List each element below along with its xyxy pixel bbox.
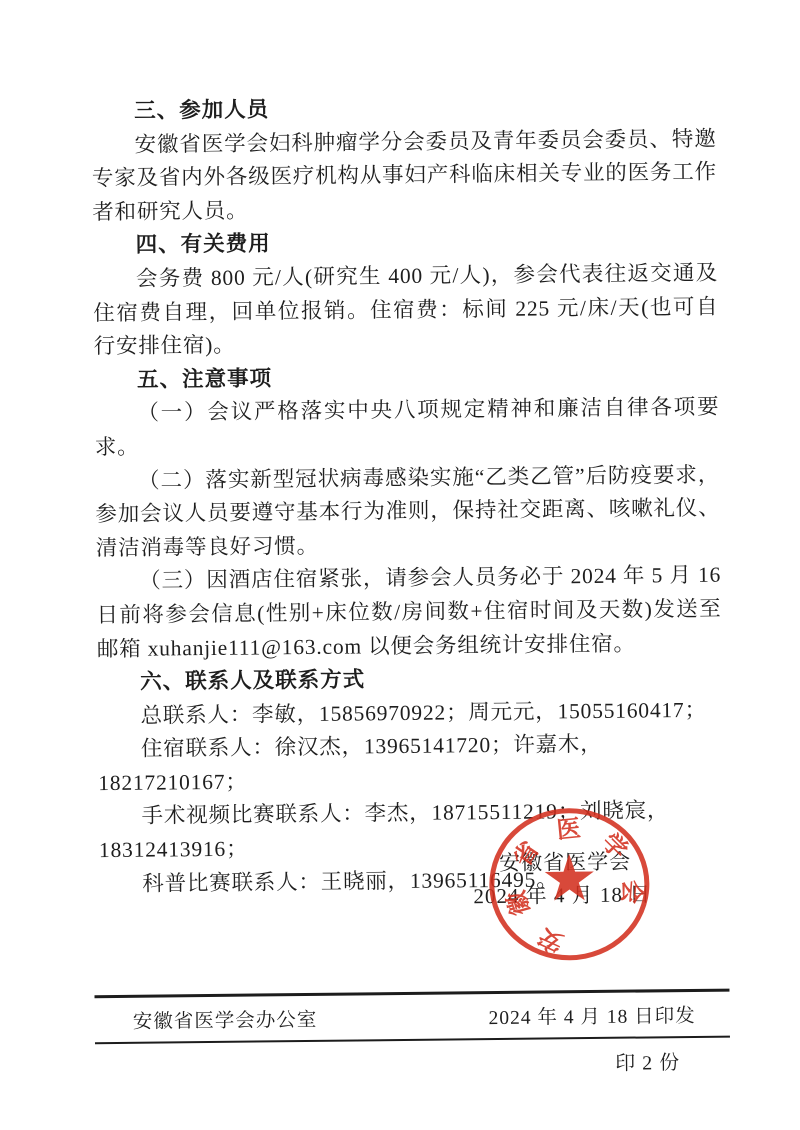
footer-copies: 印 2 份	[95, 1038, 730, 1082]
seal-ring-char: 安	[535, 924, 567, 956]
footer-print-date: 2024 年 4 月 18 日印发	[488, 999, 695, 1029]
seal-ring-char: 学	[597, 830, 631, 864]
paragraph-note-2: （二）落实新型冠状病毒感染实施“乙类乙管”后防疫要求，参加会议人员要遵守基本行为…	[95, 458, 721, 565]
contact-line-general: 总联系人：李敏，15856970922；周元元，15055160417；	[97, 693, 722, 733]
section-fees: 四、有关费用 会务费 800 元/人(研究生 400 元/人)，参会代表往返交通…	[92, 223, 718, 364]
seal-ring-char: 省	[510, 838, 543, 871]
footer-issuing-office: 安徽省医学会办公室	[133, 1003, 318, 1033]
scanned-content: 三、参加人员 安徽省医学会妇科肿瘤学分会委员及青年委员会委员、特邀专家及省内外各…	[0, 0, 800, 1130]
star-icon: ★	[540, 847, 598, 912]
contact-line-lodging: 住宿联系人：徐汉杰，13965141720；许嘉木，18217210167；	[98, 727, 724, 801]
document-page: 三、参加人员 安徽省医学会妇科肿瘤学分会委员及青年委员会委员、特邀专家及省内外各…	[0, 0, 800, 1130]
section-notes: 五、注意事项 （一）会议严格落实中央八项规定精神和廉洁自律各项要求。 （二）落实…	[94, 357, 722, 666]
paragraph-note-1: （一）会议严格落实中央八项规定精神和廉洁自律各项要求。	[94, 391, 720, 465]
seal-ring-char: 会	[618, 879, 644, 905]
paragraph-participants: 安徽省医学会妇科肿瘤学分会委员及青年委员会委员、特邀专家及省内外各级医疗机构从事…	[91, 122, 717, 229]
seal-ring-char: 徽	[505, 888, 535, 918]
official-seal: 安 徽 省 医 学 会 ★	[489, 807, 651, 961]
document-body: 三、参加人员 安徽省医学会妇科肿瘤学分会委员及青年委员会委员、特邀专家及省内外各…	[91, 89, 724, 902]
footer-row: 安徽省医学会办公室 2024 年 4 月 18 日印发	[95, 991, 730, 1042]
document-footer: 安徽省医学会办公室 2024 年 4 月 18 日印发 印 2 份	[94, 989, 730, 1082]
paragraph-fees: 会务费 800 元/人(研究生 400 元/人)，参会代表往返交通及住宿费自理，…	[93, 257, 719, 364]
paragraph-note-3: （三）因酒店住宿紧张，请参会人员务必于 2024 年 5 月 16 日前将参会信…	[96, 559, 722, 666]
section-participants: 三、参加人员 安徽省医学会妇科肿瘤学分会委员及青年委员会委员、特邀专家及省内外各…	[91, 89, 717, 230]
seal-ring-char: 医	[556, 817, 582, 843]
